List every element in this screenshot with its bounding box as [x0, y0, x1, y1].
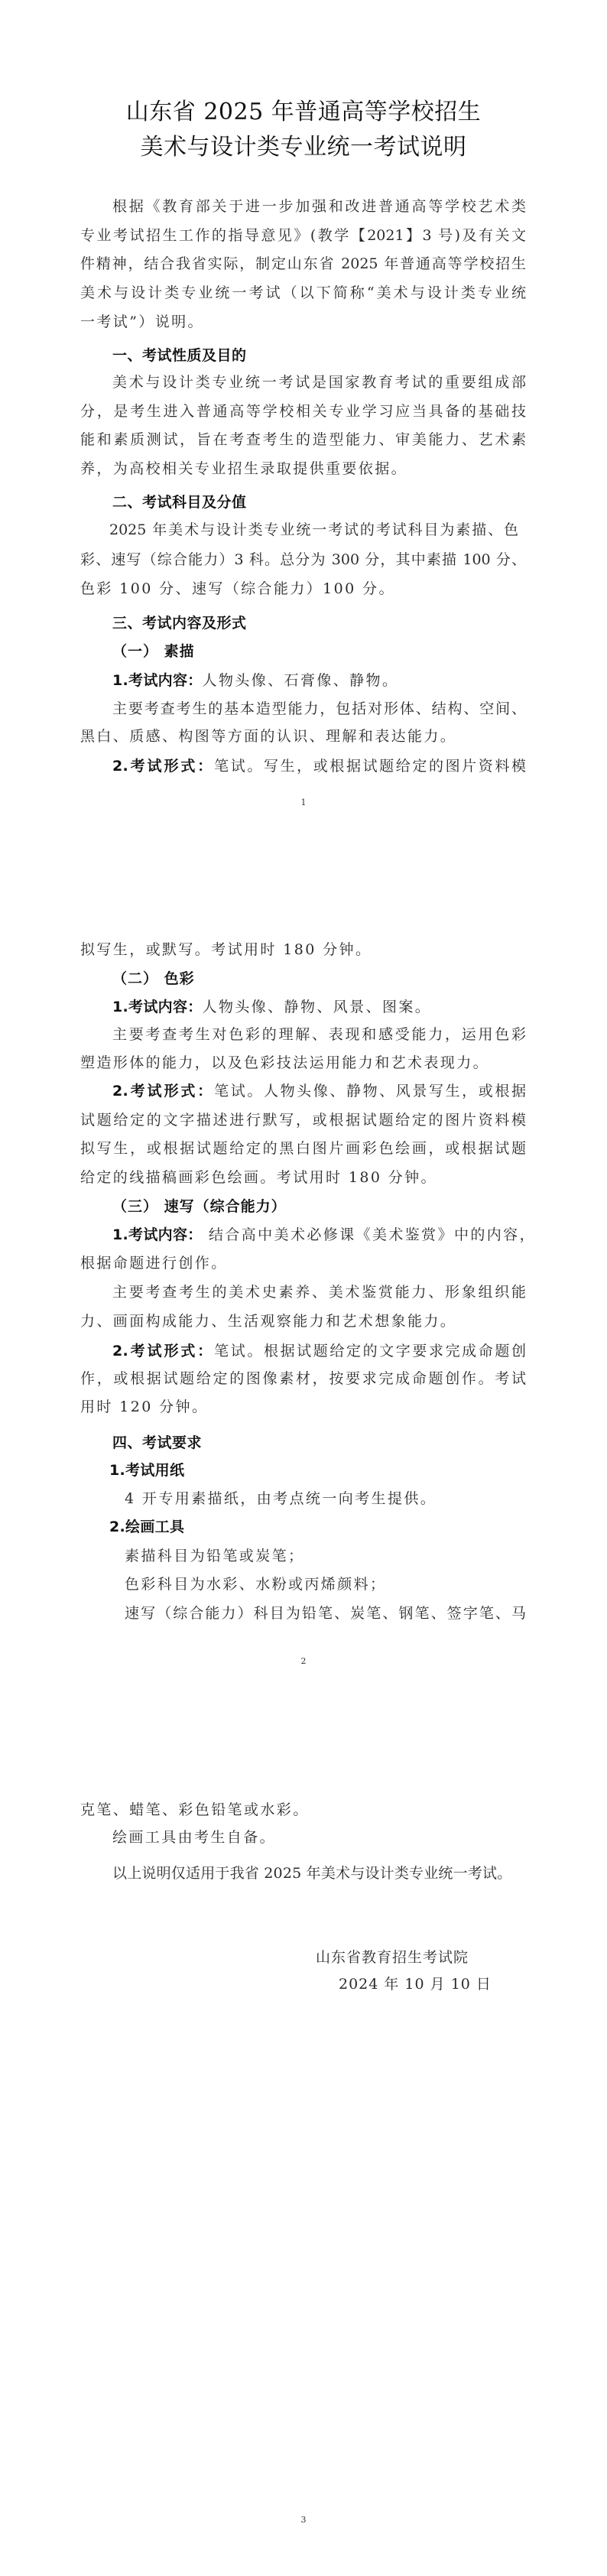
paper-text: 4 开专用素描纸，由考点统一向考生提供。 [125, 1489, 437, 1508]
section-heading-1: 一、考试性质及目的 [112, 346, 247, 365]
paragraph-line: 用时 120 分钟。 [80, 1398, 208, 1416]
tool-item-continued: 克笔、蜡笔、彩色铅笔或水彩。 [80, 1801, 310, 1819]
content-line: 1.考试内容：人物头像、石膏像、静物。 [112, 671, 398, 690]
paragraph-line: 给定的线描稿画彩色绘画。考试用时 180 分钟。 [80, 1168, 437, 1187]
tool-item: 色彩科目为水彩、水粉或丙烯颜料； [125, 1575, 386, 1593]
content-line: 1.考试内容：人物头像、静物、风景、图案。 [112, 998, 431, 1016]
paragraph-line: 养，为高校相关专业招生录取提供重要依据。 [80, 460, 407, 478]
subsection-heading-quick-sketch: （三） 速写（综合能力） [112, 1197, 287, 1216]
intro-line: 一考试”）说明。 [80, 313, 204, 331]
content-text: 结合高中美术必修课《美术鉴赏》中的内容， [203, 1226, 536, 1243]
form-line: 2.考试形式：笔试。根据试题给定的文字要求完成命题创 [112, 1342, 526, 1360]
signature-date: 2024 年 10 月 10 日 [339, 1975, 492, 1993]
form-label: 2.考试形式： [112, 758, 214, 775]
paragraph-line: 根据命题进行创作。 [80, 1254, 228, 1272]
intro-line: 专业考试招生工作的指导意见》(教学【2021】3 号)及有关文 [80, 226, 526, 245]
section-heading-3: 三、考试内容及形式 [112, 614, 247, 632]
closing-statement: 以上说明仅适用于我省 2025 年美术与设计类专业统一考试。 [112, 1864, 511, 1882]
subsection-heading-sketch: （一） 素描 [112, 642, 195, 661]
form-line: 2.考试形式：笔试。人物头像、静物、风景写生，或根据 [112, 1082, 526, 1100]
content-label: 1.考试内容： [112, 672, 203, 689]
paragraph-line: 黑白、质感、构图等方面的认识、理解和表达能力。 [80, 727, 456, 746]
paragraph-line: 拟写生，或默写。考试用时 180 分钟。 [80, 940, 372, 959]
paragraph-line: 拟写生，或根据试题给定的黑白图片画彩色绘画，或根据试题 [80, 1139, 526, 1158]
form-text: 笔试。根据试题给定的文字要求完成命题创 [214, 1343, 526, 1359]
paragraph-line: 主要考查考生的基本造型能力，包括对形体、结构、空间、 [112, 700, 526, 718]
paragraph-line: 2025 年美术与设计类专业统一考试的考试科目为素描、色 [109, 521, 518, 539]
tools-heading: 2.绘画工具 [109, 1518, 184, 1536]
paragraph-line: 作，或根据试题给定的图像素材，按要求完成命题创作。考试 [80, 1369, 526, 1388]
signature-org: 山东省教育招生考试院 [316, 1948, 469, 1967]
content-text: 人物头像、静物、风景、图案。 [203, 999, 432, 1015]
form-line: 2.考试形式：笔试。写生，或根据试题给定的图片资料模 [112, 757, 526, 775]
page-number: 2 [0, 1656, 607, 1666]
form-label: 2.考试形式： [112, 1083, 214, 1100]
paragraph-line: 力、画面构成能力、生活观察能力和艺术想象能力。 [80, 1312, 456, 1330]
paragraph-line: 主要考查考生对色彩的理解、表现和感受能力，运用色彩 [112, 1025, 526, 1044]
paragraph-line: 能和素质测试，旨在考查考生的造型能力、审美能力、艺术素 [80, 430, 526, 449]
tool-item: 速写（综合能力）科目为铅笔、炭笔、钢笔、签字笔、马 [125, 1604, 526, 1623]
subsection-heading-color: （二） 色彩 [112, 970, 195, 988]
self-provided-note: 绘画工具由考生自备。 [112, 1828, 276, 1847]
tool-item: 素描科目为铅笔或炭笔； [125, 1547, 304, 1565]
intro-line: 根据《教育部关于进一步加强和改进普通高等学校艺术类 [112, 197, 526, 216]
page-number: 1 [0, 797, 607, 807]
paragraph-line: 试题给定的文字描述进行默写，或根据试题给定的图片资料模 [80, 1111, 526, 1129]
content-label: 1.考试内容： [112, 999, 203, 1015]
title-line-2: 美术与设计类专业统一考试说明 [0, 132, 607, 163]
content-label: 1.考试内容： [112, 1226, 203, 1243]
page-number: 3 [0, 2515, 607, 2525]
paragraph-line: 美术与设计类专业统一考试是国家教育考试的重要组成部 [112, 373, 526, 391]
content-line: 1.考试内容： 结合高中美术必修课《美术鉴赏》中的内容， [112, 1226, 536, 1244]
paragraph-line: 色彩 100 分、速写（综合能力）100 分。 [80, 580, 395, 598]
paragraph-line: 塑造形体的能力，以及色彩技法运用能力和艺术表现力。 [80, 1054, 489, 1072]
form-text: 笔试。人物头像、静物、风景写生，或根据 [214, 1083, 526, 1100]
paragraph-line: 彩、速写（综合能力）3 科。总分为 300 分，其中素描 100 分、 [80, 551, 526, 569]
form-label: 2.考试形式： [112, 1343, 214, 1359]
section-heading-2: 二、考试科目及分值 [112, 493, 247, 512]
paragraph-line: 主要考查考生的美术史素养、美术鉴赏能力、形象组织能 [112, 1283, 526, 1301]
form-text: 笔试。写生，或根据试题给定的图片资料模 [214, 758, 526, 775]
section-heading-4: 四、考试要求 [112, 1434, 202, 1452]
content-text: 人物头像、石膏像、静物。 [203, 672, 399, 689]
intro-line: 件精神，结合我省实际，制定山东省 2025 年普通高等学校招生 [80, 255, 526, 273]
intro-line: 美术与设计类专业统一考试（以下简称“美术与设计类专业统 [80, 284, 526, 302]
paper-heading: 1.考试用纸 [109, 1461, 184, 1480]
paragraph-line: 分，是考生进入普通高等学校相关专业学习应当具备的基础技 [80, 402, 526, 421]
title-line-1: 山东省 2025 年普通高等学校招生 [0, 97, 607, 128]
